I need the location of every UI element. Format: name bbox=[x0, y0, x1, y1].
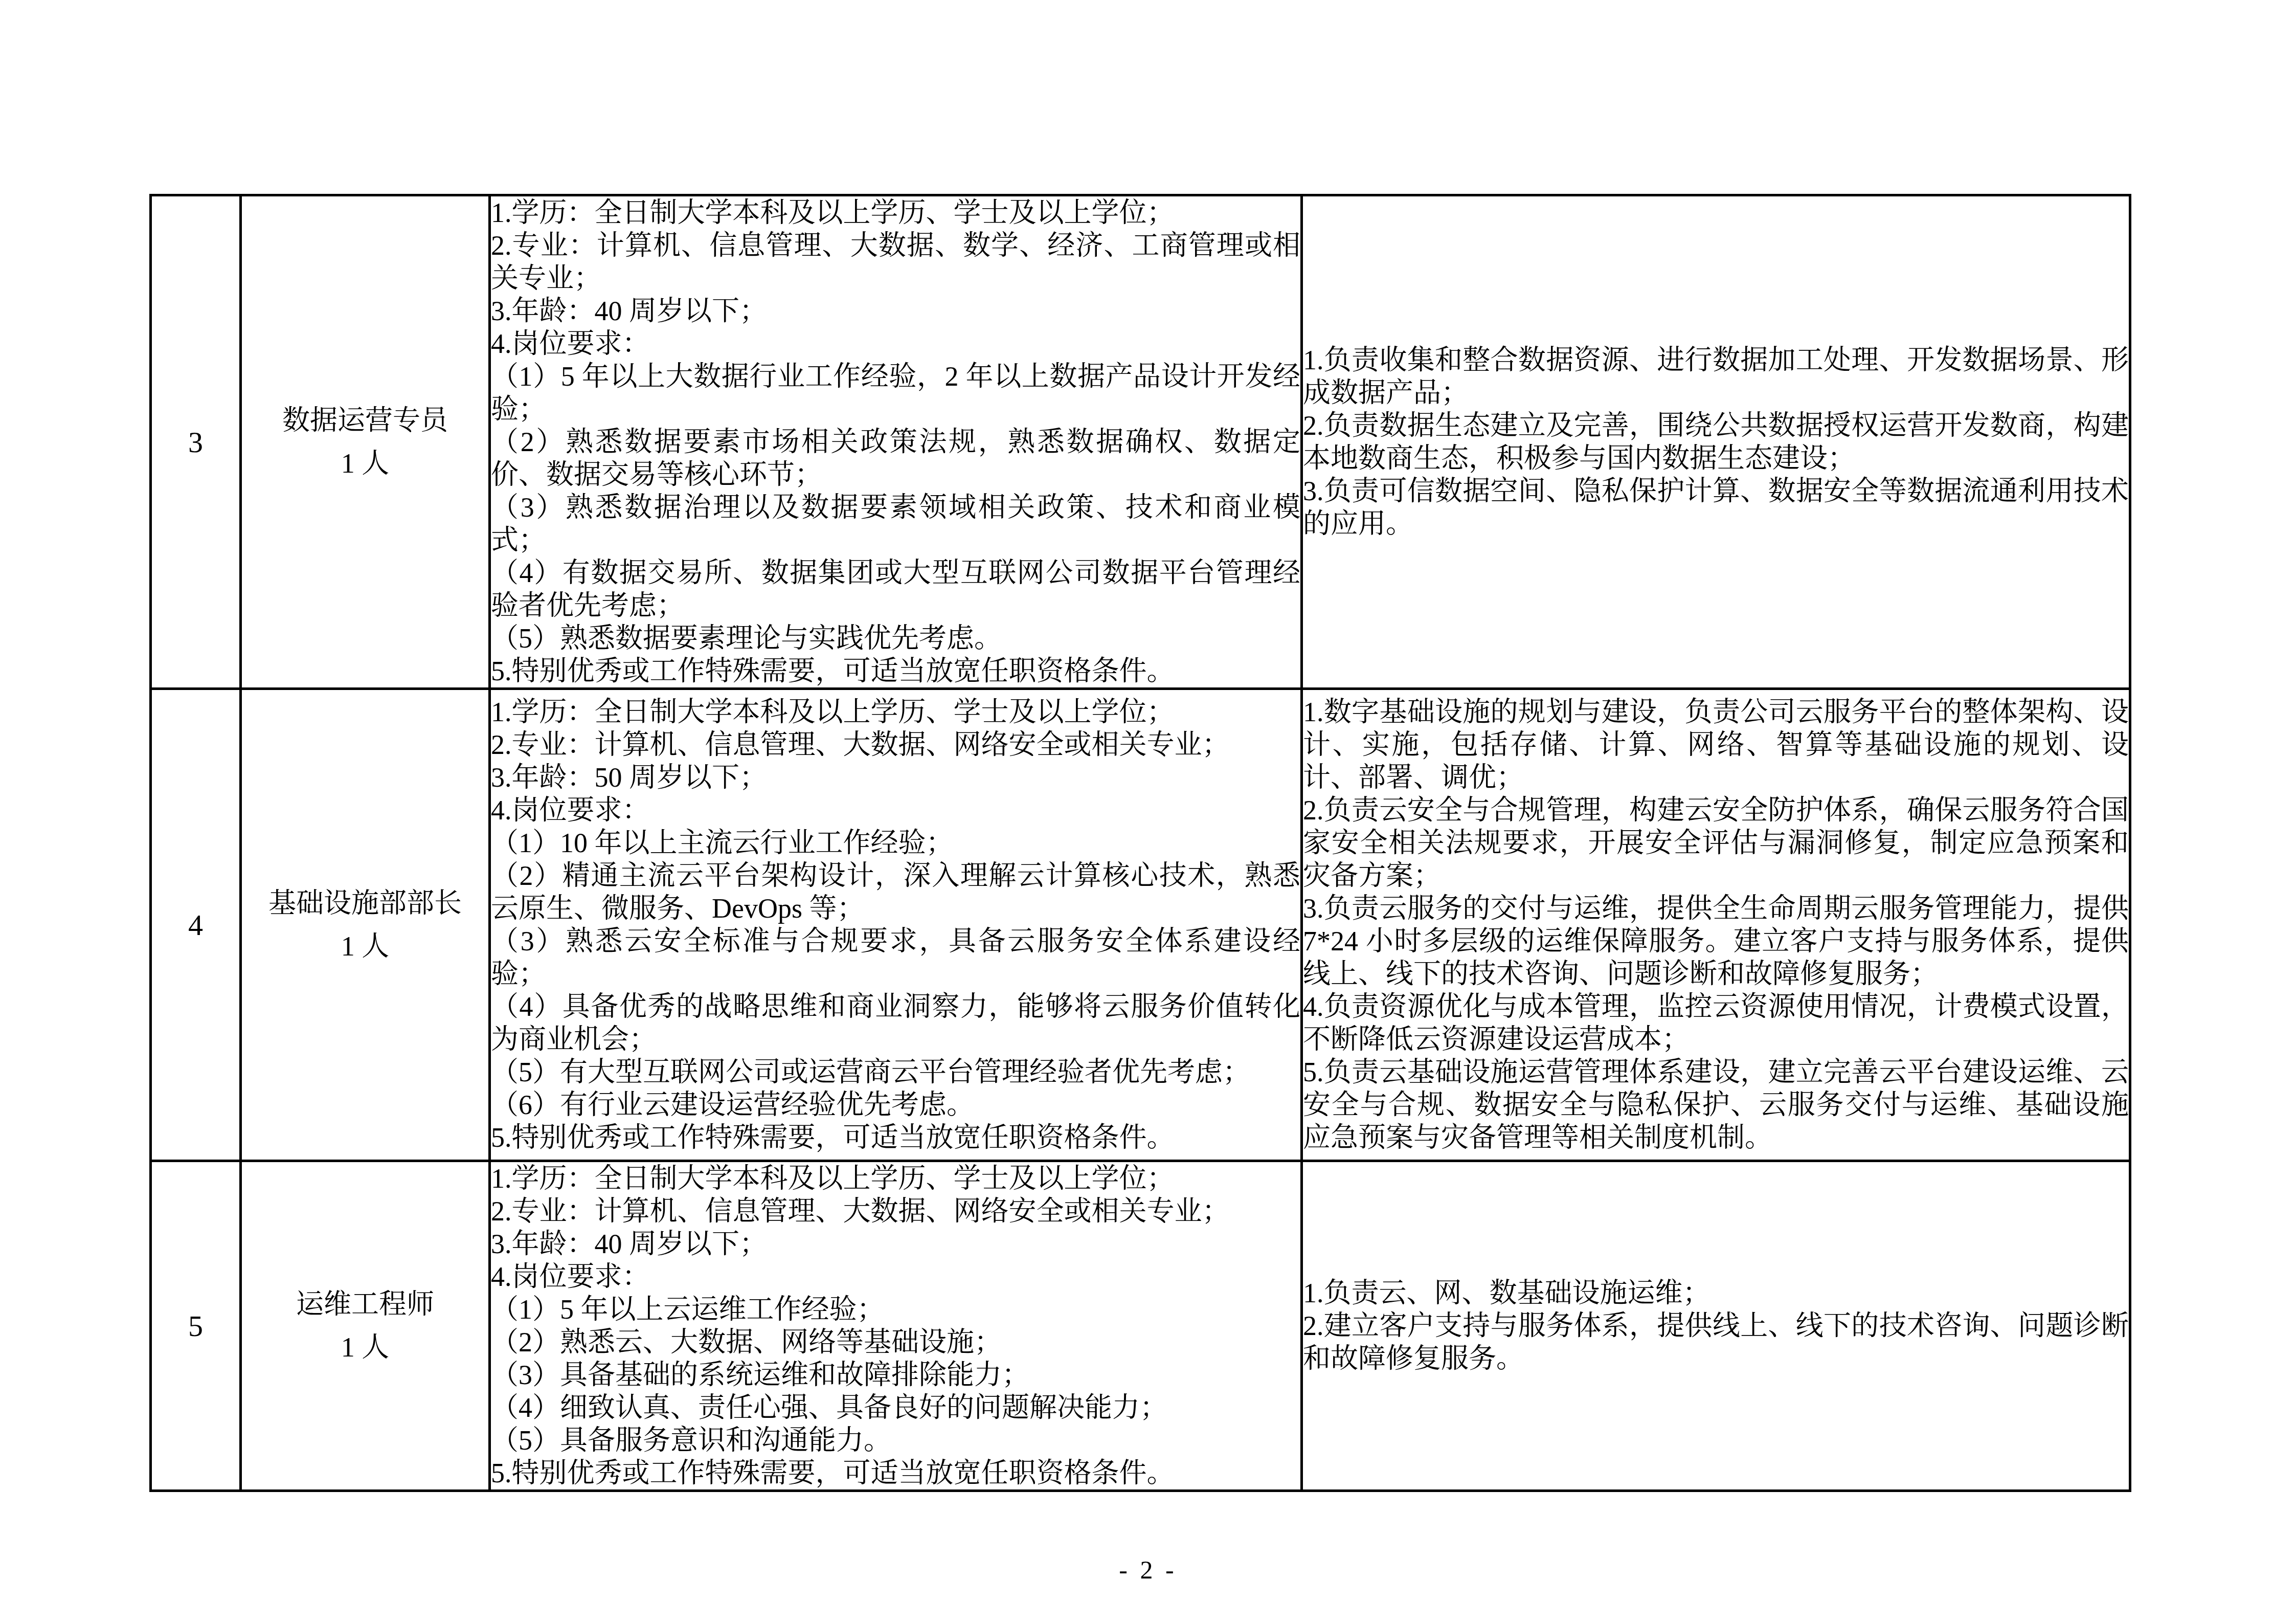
position-headcount: 1 人 bbox=[242, 442, 488, 485]
table-row: 4 基础设施部部长 1 人 1.学历：全日制大学本科及以上学历、学士及以上学位；… bbox=[151, 689, 2130, 1161]
duties-cell: 1.负责云、网、数基础设施运维；2.建立客户支持与服务体系，提供线上、线下的技术… bbox=[1302, 1161, 2130, 1491]
text-paragraph: 1.学历：全日制大学本科及以上学历、学士及以上学位； bbox=[491, 1162, 1300, 1195]
text-paragraph: 5.特别优秀或工作特殊需要，可适当放宽任职资格条件。 bbox=[491, 1121, 1300, 1154]
text-paragraph: （5）有大型互联网公司或运营商云平台管理经验者优先考虑； bbox=[491, 1056, 1300, 1088]
text-paragraph: 3.年龄：50 周岁以下； bbox=[491, 761, 1300, 794]
position-cell: 数据运营专员 1 人 bbox=[241, 195, 490, 689]
text-paragraph: （5）熟悉数据要素理论与实践优先考虑。 bbox=[491, 622, 1300, 655]
text-paragraph: 4.岗位要求： bbox=[491, 1260, 1300, 1293]
text-paragraph: （3）熟悉云安全标准与合规要求，具备云服务安全体系建设经验； bbox=[491, 925, 1300, 990]
table-row: 3 数据运营专员 1 人 1.学历：全日制大学本科及以上学历、学士及以上学位；2… bbox=[151, 195, 2130, 689]
text-paragraph: 4.岗位要求： bbox=[491, 327, 1300, 360]
text-paragraph: （3）熟悉数据治理以及数据要素领域相关政策、技术和商业模式； bbox=[491, 491, 1300, 557]
text-paragraph: （1）5 年以上云运维工作经验； bbox=[491, 1293, 1300, 1326]
text-paragraph: 5.特别优秀或工作特殊需要，可适当放宽任职资格条件。 bbox=[491, 655, 1300, 687]
text-paragraph: 2.专业：计算机、信息管理、大数据、数学、经济、工商管理或相关专业； bbox=[491, 229, 1300, 295]
text-paragraph: （1）10 年以上主流云行业工作经验； bbox=[491, 827, 1300, 859]
text-paragraph: （4）具备优秀的战略思维和商业洞察力，能够将云服务价值转化为商业机会； bbox=[491, 990, 1300, 1056]
text-paragraph: （4）有数据交易所、数据集团或大型互联网公司数据平台管理经验者优先考虑； bbox=[491, 557, 1300, 622]
text-paragraph: （2）熟悉数据要素市场相关政策法规，熟悉数据确权、数据定价、数据交易等核心环节； bbox=[491, 426, 1300, 491]
text-paragraph: 3.负责云服务的交付与运维，提供全生命周期云服务管理能力，提供 7*24 小时多… bbox=[1303, 892, 2129, 990]
position-headcount: 1 人 bbox=[242, 1326, 488, 1369]
position-name: 数据运营专员 bbox=[242, 399, 488, 442]
text-paragraph: （3）具备基础的系统运维和故障排除能力； bbox=[491, 1359, 1300, 1391]
text-paragraph: 3.负责可信数据空间、隐私保护计算、数据安全等数据流通利用技术的应用。 bbox=[1303, 475, 2129, 540]
position-cell: 运维工程师 1 人 bbox=[241, 1161, 490, 1491]
text-paragraph: 2.负责数据生态建立及完善，围绕公共数据授权运营开发数商，构建本地数商生态，积极… bbox=[1303, 409, 2129, 475]
row-number: 5 bbox=[151, 1161, 241, 1491]
requirements-cell: 1.学历：全日制大学本科及以上学历、学士及以上学位；2.专业：计算机、信息管理、… bbox=[490, 195, 1302, 689]
text-paragraph: 4.负责资源优化与成本管理，监控云资源使用情况，计费模式设置，不断降低云资源建设… bbox=[1303, 990, 2129, 1056]
text-paragraph: （5）具备服务意识和沟通能力。 bbox=[491, 1424, 1300, 1457]
text-paragraph: （1）5 年以上大数据行业工作经验，2 年以上数据产品设计开发经验； bbox=[491, 360, 1300, 426]
position-name: 基础设施部部长 bbox=[242, 882, 488, 925]
document-page: 3 数据运营专员 1 人 1.学历：全日制大学本科及以上学历、学士及以上学位；2… bbox=[0, 0, 2296, 1624]
requirements-cell: 1.学历：全日制大学本科及以上学历、学士及以上学位；2.专业：计算机、信息管理、… bbox=[490, 689, 1302, 1161]
text-paragraph: 2.负责云安全与合规管理，构建云安全防护体系，确保云服务符合国家安全相关法规要求… bbox=[1303, 794, 2129, 892]
text-paragraph: 4.岗位要求： bbox=[491, 794, 1300, 827]
requirements-cell: 1.学历：全日制大学本科及以上学历、学士及以上学位；2.专业：计算机、信息管理、… bbox=[490, 1161, 1302, 1491]
text-paragraph: 1.数字基础设施的规划与建设，负责公司云服务平台的整体架构、设计、实施，包括存储… bbox=[1303, 696, 2129, 794]
text-paragraph: 1.学历：全日制大学本科及以上学历、学士及以上学位； bbox=[491, 196, 1300, 229]
text-paragraph: （6）有行业云建设运营经验优先考虑。 bbox=[491, 1088, 1300, 1121]
text-paragraph: （4）细致认真、责任心强、具备良好的问题解决能力； bbox=[491, 1391, 1300, 1424]
text-paragraph: 3.年龄：40 周岁以下； bbox=[491, 1228, 1300, 1260]
text-paragraph: （2）精通主流云平台架构设计，深入理解云计算核心技术，熟悉云原生、微服务、Dev… bbox=[491, 859, 1300, 925]
row-number: 4 bbox=[151, 689, 241, 1161]
recruitment-table: 3 数据运营专员 1 人 1.学历：全日制大学本科及以上学历、学士及以上学位；2… bbox=[149, 194, 2131, 1492]
position-name: 运维工程师 bbox=[242, 1283, 488, 1326]
text-paragraph: 2.专业：计算机、信息管理、大数据、网络安全或相关专业； bbox=[491, 728, 1300, 761]
text-paragraph: （2）熟悉云、大数据、网络等基础设施； bbox=[491, 1326, 1300, 1359]
text-paragraph: 3.年龄：40 周岁以下； bbox=[491, 295, 1300, 327]
text-paragraph: 5.特别优秀或工作特殊需要，可适当放宽任职资格条件。 bbox=[491, 1457, 1300, 1489]
text-paragraph: 1.负责收集和整合数据资源、进行数据加工处理、开发数据场景、形成数据产品； bbox=[1303, 344, 2129, 409]
duties-cell: 1.数字基础设施的规划与建设，负责公司云服务平台的整体架构、设计、实施，包括存储… bbox=[1302, 689, 2130, 1161]
row-number: 3 bbox=[151, 195, 241, 689]
position-headcount: 1 人 bbox=[242, 925, 488, 968]
page-number: - 2 - bbox=[0, 1555, 2296, 1585]
text-paragraph: 2.建立客户支持与服务体系，提供线上、线下的技术咨询、问题诊断和故障修复服务。 bbox=[1303, 1309, 2129, 1375]
text-paragraph: 1.负责云、网、数基础设施运维； bbox=[1303, 1277, 2129, 1309]
table-row: 5 运维工程师 1 人 1.学历：全日制大学本科及以上学历、学士及以上学位；2.… bbox=[151, 1161, 2130, 1491]
text-paragraph: 1.学历：全日制大学本科及以上学历、学士及以上学位； bbox=[491, 696, 1300, 728]
duties-cell: 1.负责收集和整合数据资源、进行数据加工处理、开发数据场景、形成数据产品；2.负… bbox=[1302, 195, 2130, 689]
text-paragraph: 5.负责云基础设施运营管理体系建设，建立完善云平台建设运维、云安全与合规、数据安… bbox=[1303, 1056, 2129, 1154]
text-paragraph: 2.专业：计算机、信息管理、大数据、网络安全或相关专业； bbox=[491, 1195, 1300, 1228]
position-cell: 基础设施部部长 1 人 bbox=[241, 689, 490, 1161]
